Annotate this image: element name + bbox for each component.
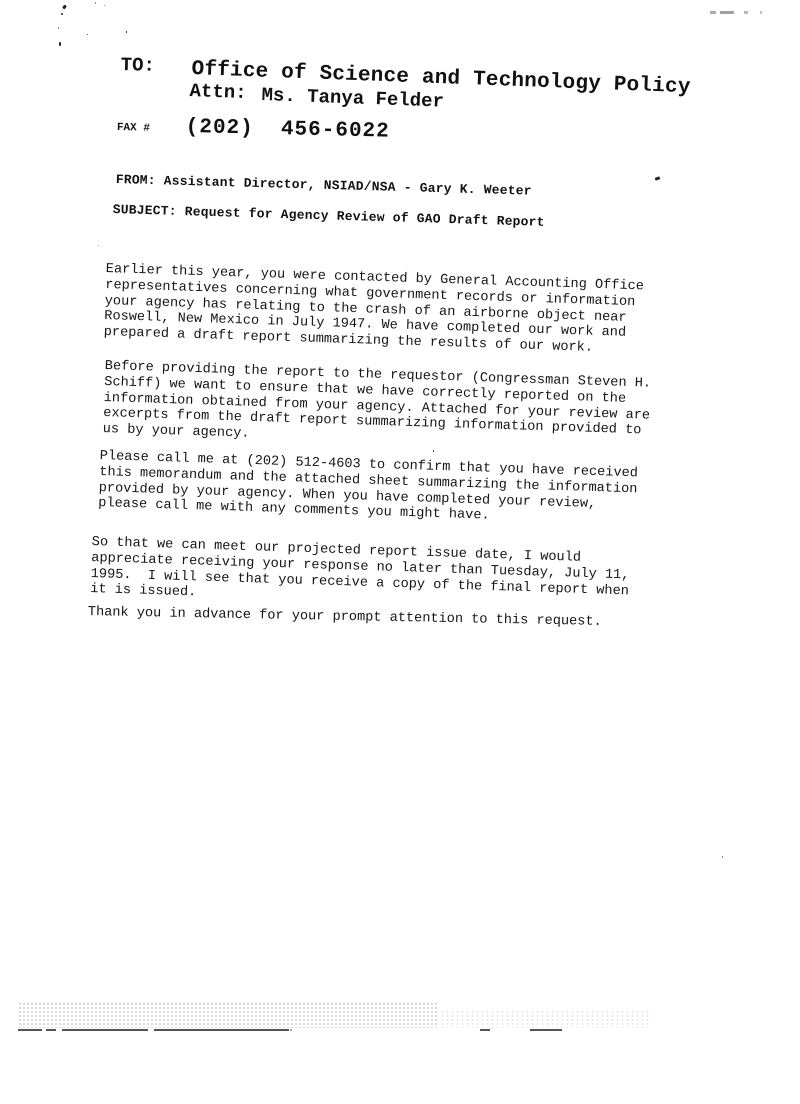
scan-noise [710, 11, 770, 14]
to-label: TO: [121, 54, 156, 77]
scan-noise [18, 1002, 438, 1028]
scan-speck [59, 42, 61, 46]
scan-speck [61, 13, 63, 15]
body-paragraph: Before providing the report to the reque… [102, 359, 651, 456]
scan-rule [18, 1029, 42, 1031]
scan-rule [290, 1029, 292, 1031]
scan-rule [154, 1029, 289, 1031]
body-paragraph: Please call me at (202) 512-4603 to conf… [98, 449, 638, 530]
scan-noise [440, 1010, 650, 1028]
scan-speck [722, 856, 723, 858]
fax-memo-page: TO: Office of Science and Technology Pol… [0, 0, 800, 1104]
scan-rule [530, 1029, 562, 1031]
scan-rule [480, 1029, 490, 1031]
scan-speck [62, 5, 67, 10]
from-line: FROM: Assistant Director, NSIAD/NSA - Ga… [116, 172, 532, 199]
scan-rule [62, 1029, 148, 1031]
scan-speck [433, 450, 434, 452]
fax-label: FAX # [117, 122, 150, 135]
scan-rule [46, 1029, 56, 1031]
scan-speck [98, 245, 99, 246]
scan-speck [104, 5, 105, 6]
attn-label: Attn: [189, 80, 247, 104]
scan-speck [58, 27, 59, 29]
scan-speck [126, 31, 127, 33]
scan-speck [95, 2, 96, 4]
body-paragraph: Earlier this year, you were contacted by… [103, 262, 644, 358]
fax-number: (202) 456-6022 [185, 116, 390, 144]
scan-speck [87, 34, 88, 35]
subject-line: SUBJECT: Request for Agency Review of GA… [113, 202, 545, 230]
body-paragraph: So that we can meet our projected report… [90, 535, 630, 616]
scan-speck [655, 176, 661, 181]
